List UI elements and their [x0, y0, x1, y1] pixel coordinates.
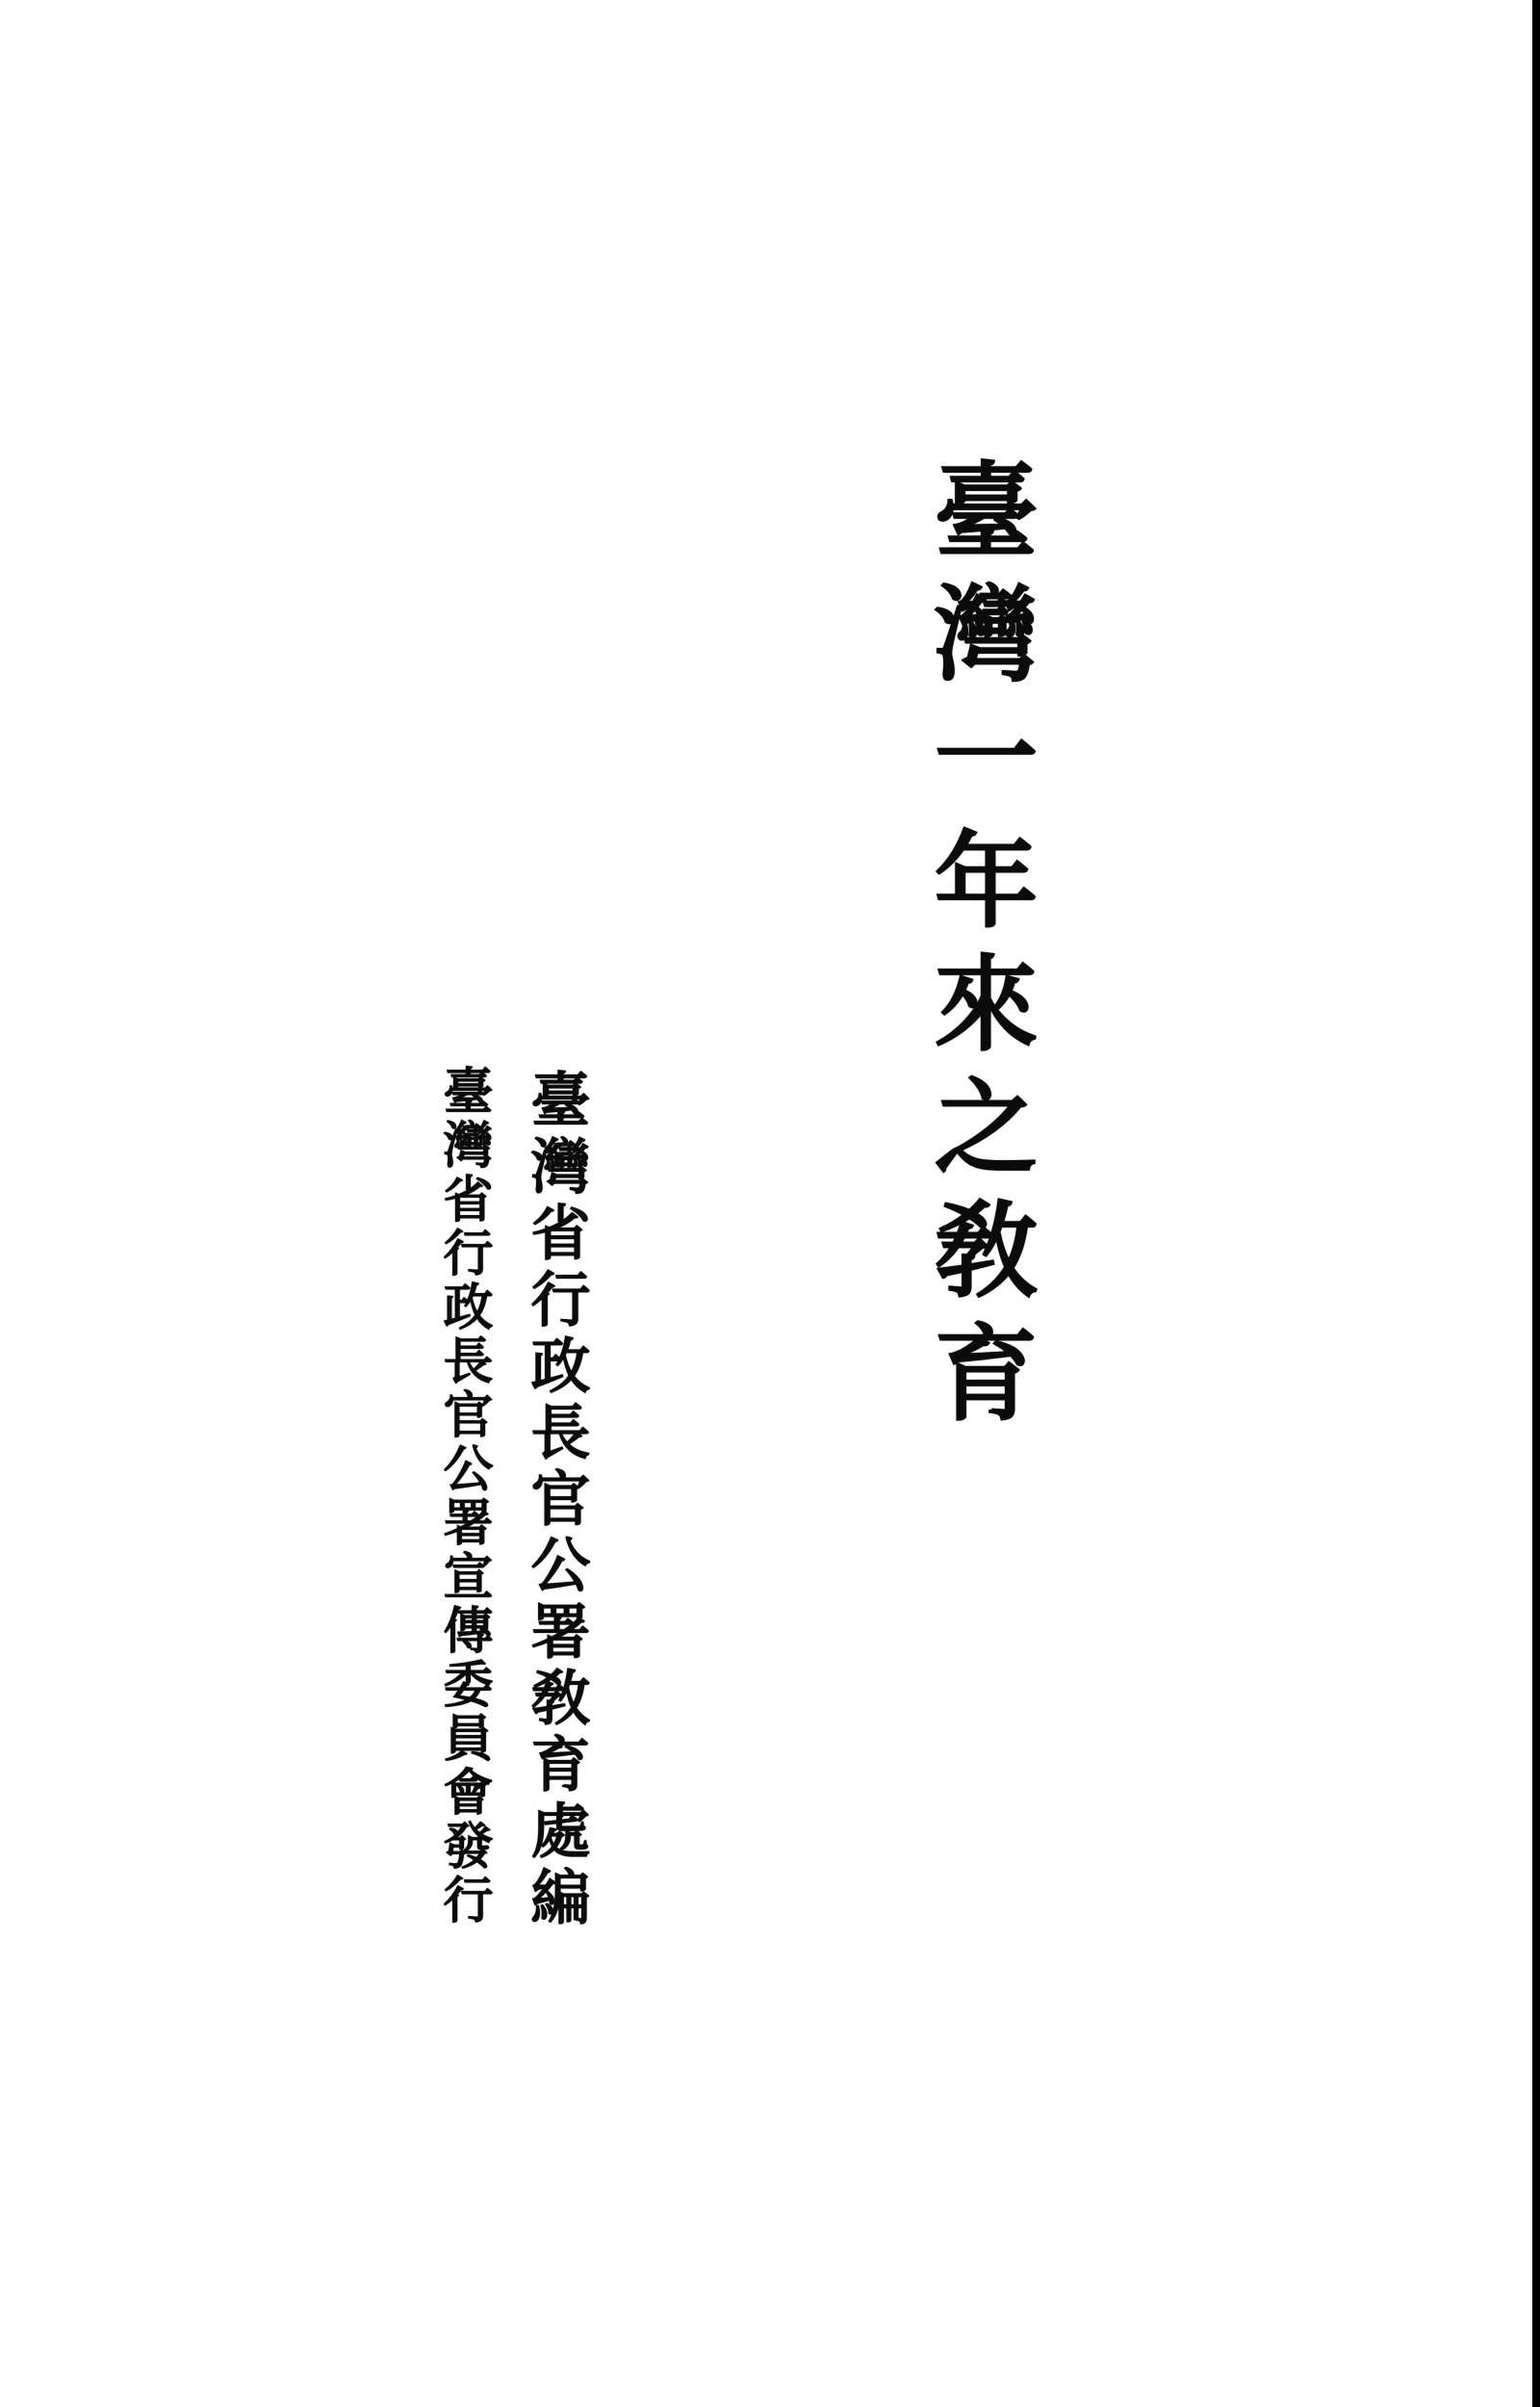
scanned-page: 臺灣一年來之敎育 臺灣省行政長官公署敎育處編 臺灣省行政長官公署宣傳委員會發行	[0, 0, 1540, 2407]
colophon-publisher-line: 臺灣省行政長官公署宣傳委員會發行	[435, 1065, 491, 1928]
book-title: 臺灣一年來之敎育	[919, 456, 1035, 1442]
colophon-editor-line: 臺灣省行政長官公署敎育處編	[524, 1069, 587, 1932]
scan-edge-artifact	[1532, 0, 1540, 2407]
